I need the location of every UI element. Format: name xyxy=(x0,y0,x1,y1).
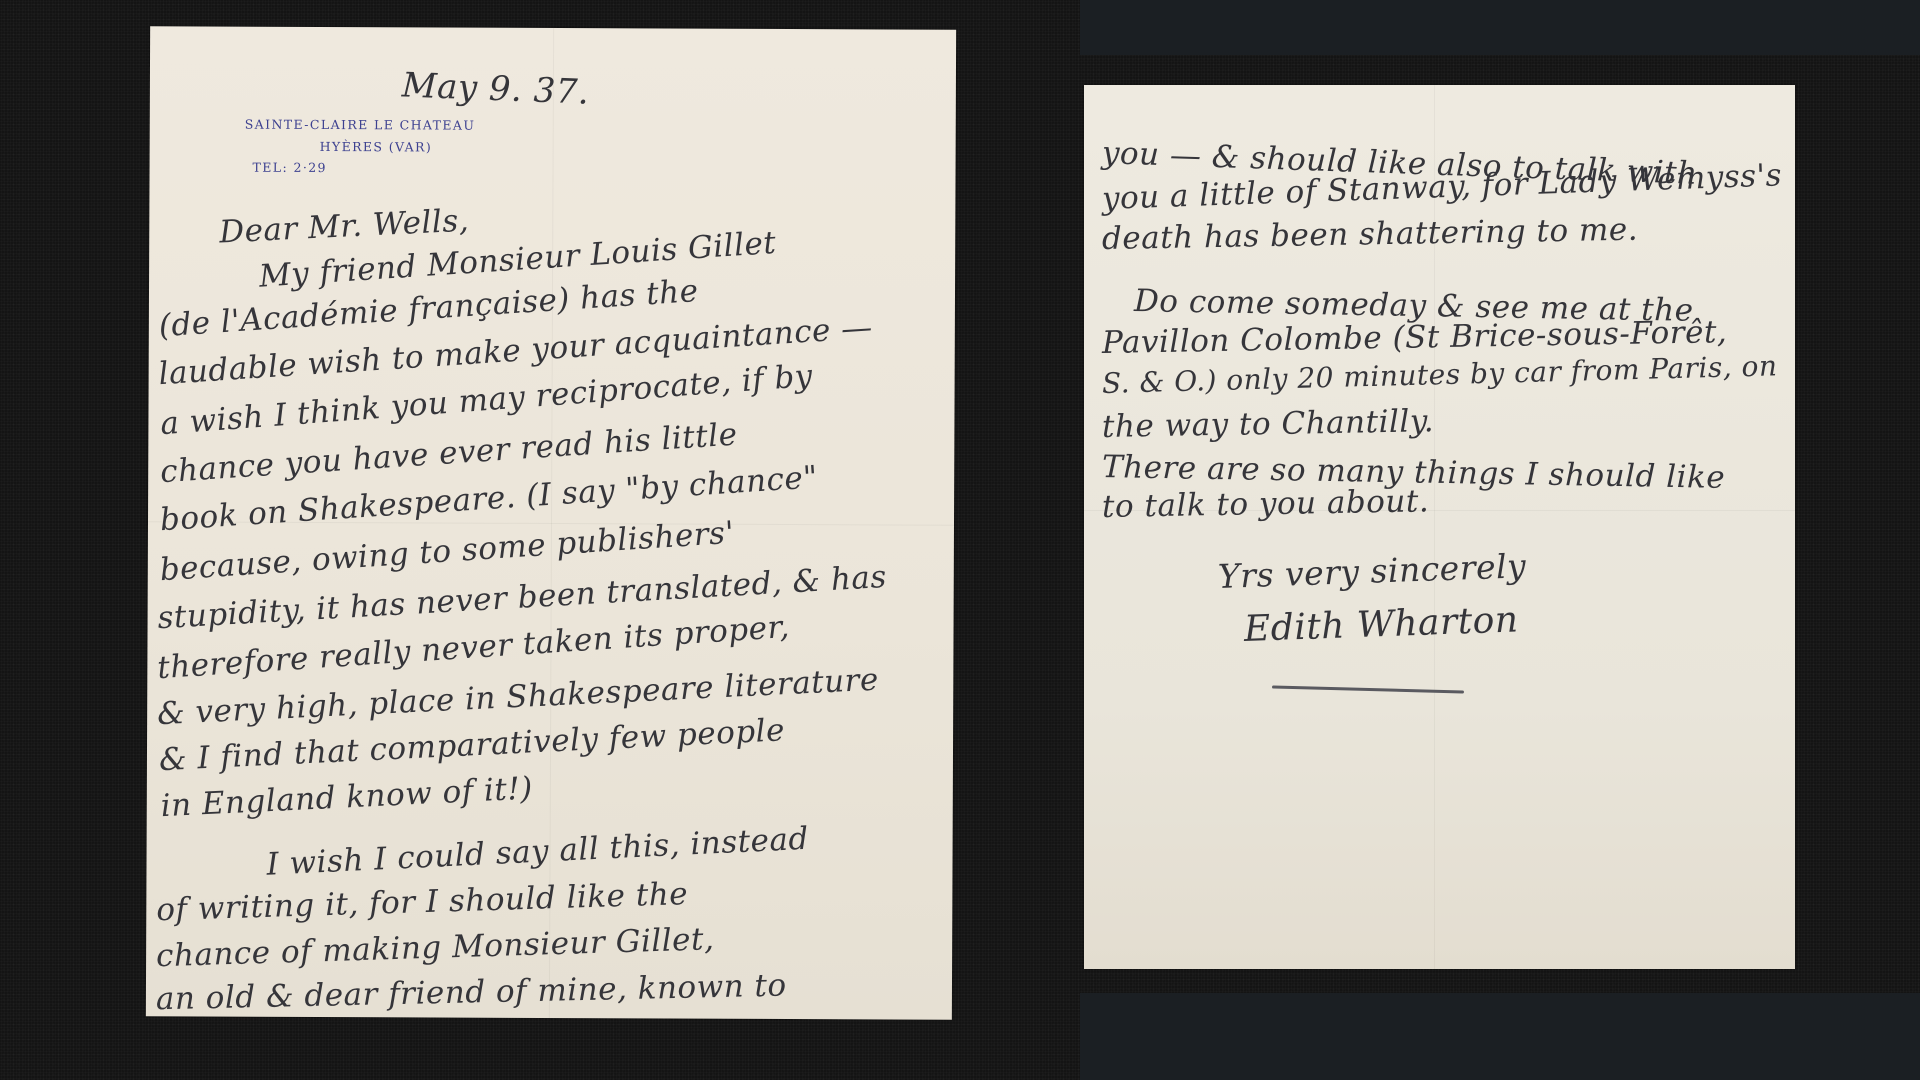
letter-closing: Yrs very sincerely xyxy=(1217,546,1527,596)
letter-line: of writing it, for I should like the xyxy=(156,876,689,928)
letterhead-telephone: TEL: 2·29 xyxy=(253,160,327,175)
salutation: Dear Mr. Wells, xyxy=(218,203,469,251)
letter-line: to talk to you about. xyxy=(1102,483,1430,525)
letter-line: the way to Chantilly. xyxy=(1102,403,1435,445)
letterhead-address-line1: SAINTE-CLAIRE LE CHATEAU xyxy=(245,117,476,133)
bottom-slate-band xyxy=(1080,993,1920,1080)
letter-line: in England know of it!) xyxy=(160,770,534,824)
signature-flourish xyxy=(1272,685,1464,693)
letterhead-address-line2: HYÈRES (VAR) xyxy=(320,139,433,154)
letter-page-2: you — & should like also to talk with yo… xyxy=(1084,85,1795,969)
letter-page-1: May 9. 37. SAINTE-CLAIRE LE CHATEAU HYÈR… xyxy=(146,26,956,1020)
top-slate-band xyxy=(1080,0,1920,55)
letter-date: May 9. 37. xyxy=(401,65,590,112)
letter-line: chance of making Monsieur Gillet, xyxy=(156,921,715,974)
signature: Edith Wharton xyxy=(1243,599,1519,650)
letter-line: an old & dear friend of mine, known to xyxy=(156,968,787,1018)
letter-line: death has been shattering to me. xyxy=(1102,212,1639,257)
letter-line: I wish I could say all this, instead xyxy=(266,821,810,883)
